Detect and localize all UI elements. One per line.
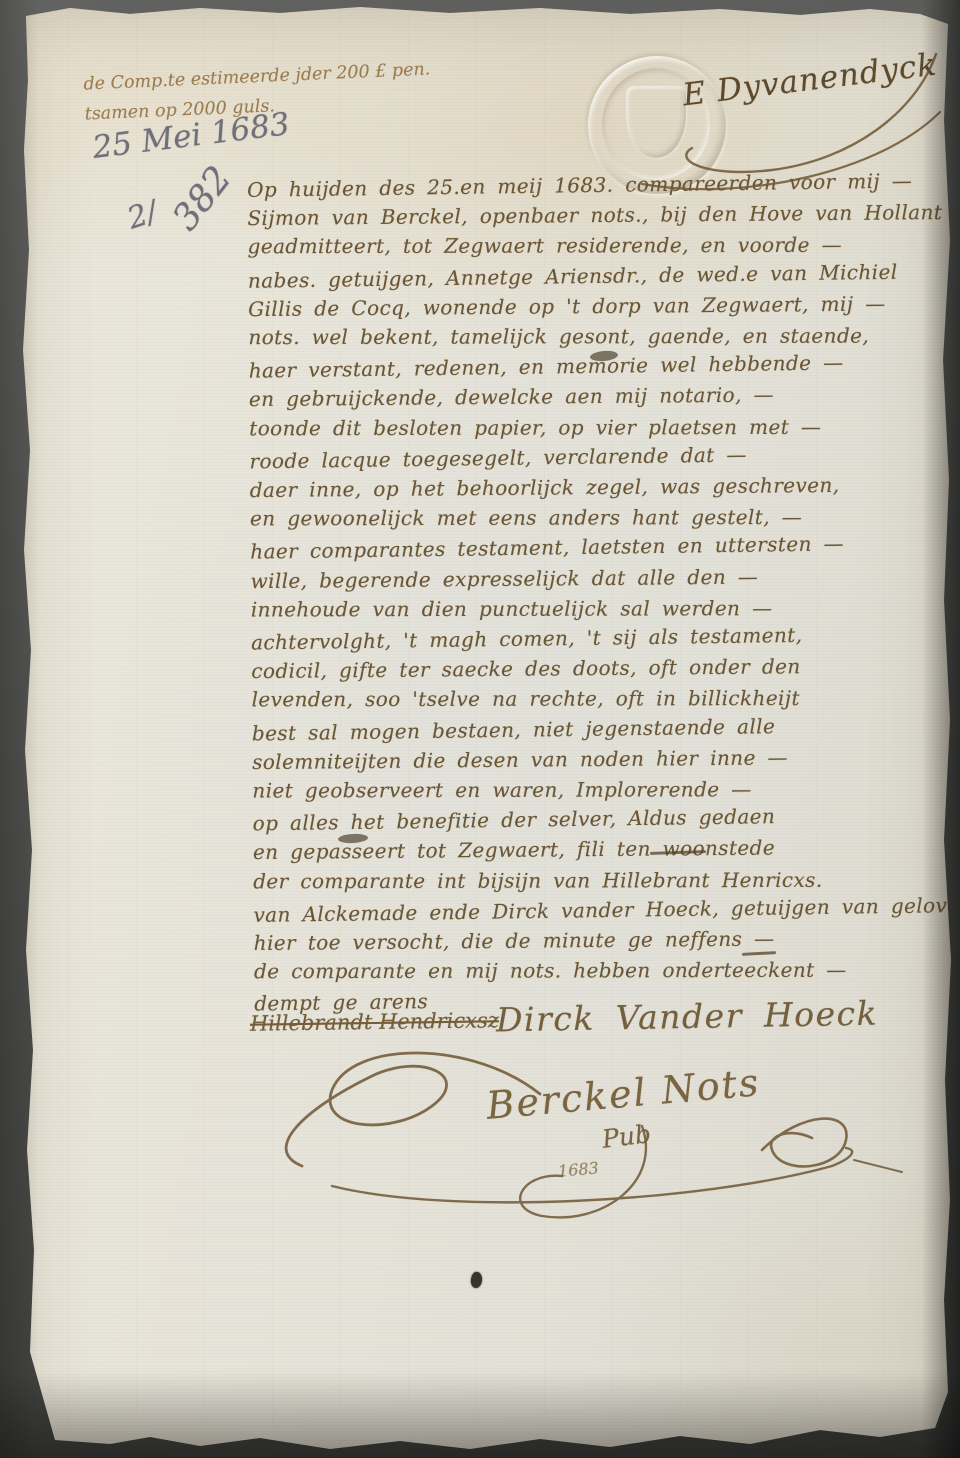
- manuscript-line: wille, begerende expresselijck dat alle …: [250, 562, 758, 594]
- manuscript-line: niet geobserveert en waren, Implorerende…: [252, 775, 751, 804]
- manuscript-line: hier toe versocht, die de minute ge neff…: [254, 925, 775, 958]
- manuscript-line: van Alckemade ende Dirck vander Hoeck, g…: [253, 891, 959, 929]
- manuscript-line: best sal mogen bestaen, niet jegenstaend…: [252, 712, 776, 747]
- notary-year: 1683: [557, 1158, 599, 1180]
- manuscript-line: en gewoonelijck met eens anders hant ges…: [250, 503, 802, 532]
- manuscript-line: haer verstant, redenen, en memorie wel h…: [249, 349, 844, 385]
- notary-signature-berckel: Berckel Nots: [485, 1060, 762, 1128]
- manuscript-line: haer comparantes testament, laetsten en …: [250, 530, 844, 566]
- paper-hole: [470, 1271, 483, 1288]
- manuscript-line: roode lacque toegesegelt, verclarende da…: [249, 440, 747, 475]
- manuscript-line: op alles het benefitie der selver, Aldus…: [252, 802, 775, 837]
- manuscript-line: solemniteijten die desen van noden hier …: [252, 743, 788, 776]
- manuscript-line: achtervolght, 't magh comen, 't sij als …: [251, 621, 803, 657]
- manuscript-line: Sijmon van Berckel, openbaer nots., bij …: [247, 198, 942, 232]
- manuscript-line: geadmitteert, tot Zegwaert residerende, …: [248, 231, 842, 261]
- manuscript-line: der comparante int bijsijn van Hillebran…: [253, 865, 822, 894]
- manuscript-line: innehoude van dien punctuelijck sal werd…: [251, 594, 773, 623]
- signature-top-right: E Dyvanendyck: [681, 47, 939, 114]
- manuscript-line: nabes. getuijgen, Annetge Ariensdr., de …: [248, 257, 898, 294]
- manuscript-line: levenden, soo 'tselve na rechte, oft in …: [252, 684, 800, 713]
- manuscript-line: toonde dit besloten papier, op vier plae…: [249, 412, 821, 441]
- manuscript-body: Op huijden des 25.en meij 1683. comparee…: [247, 168, 953, 174]
- manuscript-line: en gebruijckende, dewelcke aen mij notar…: [249, 381, 774, 414]
- manuscript-line: de comparante en mij nots. hebben ondert…: [254, 956, 847, 986]
- pencil-archive-number: 382: [165, 159, 240, 238]
- manuscript-line: Op huijden des 25.en meij 1683. comparee…: [247, 167, 912, 204]
- manuscript-paper-sheet: de Comp.te estimeerde jder 200 £ pen. ts…: [0, 0, 960, 1458]
- manuscript-line: codicil, gifte ter saecke des doots, oft…: [251, 652, 801, 685]
- manuscript-line: nots. wel bekent, tamelijck gesont, gaen…: [248, 322, 869, 352]
- manuscript-line: Gillis de Cocq, wonende op 't dorp van Z…: [248, 289, 886, 323]
- witness-signature-dirck-vander-hoeck: Dirck Vander Hoeck: [496, 994, 879, 1040]
- witness-signature-hillebrandt: Hillebrandt Hendricxsz: [250, 1008, 499, 1035]
- notary-title-pub: Pub: [600, 1119, 652, 1154]
- manuscript-line: daer inne, op het behoorlijck zegel, was…: [250, 471, 840, 504]
- pencil-check-mark: 2/: [123, 194, 162, 236]
- scanned-document-page: { "document": { "description": "Handwrit…: [0, 0, 960, 1458]
